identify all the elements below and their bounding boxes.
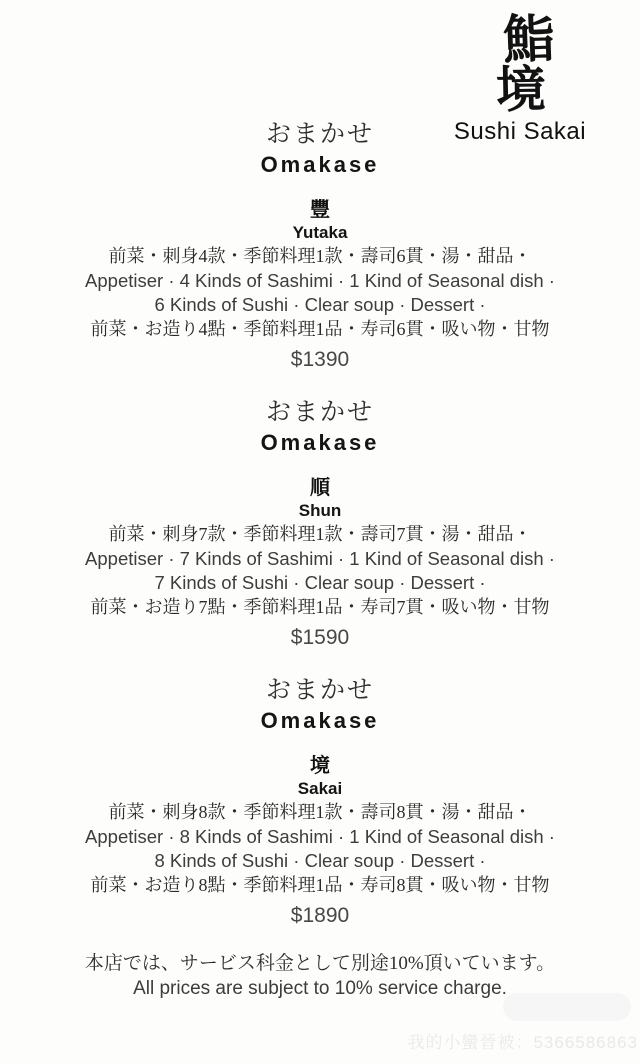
course-price: $1390: [0, 346, 640, 373]
logo-calligraphy: 鮨 境: [446, 16, 594, 114]
section-title-en: Omakase: [0, 430, 640, 456]
course-desc-japanese: 前菜・お造り7點・季節料理1品・寿司7貫・吸い物・甘物: [0, 595, 640, 620]
section-title-jp: おまかせ: [0, 674, 640, 708]
course-desc-chinese: 前菜・刺身8款・季節料理1款・壽司8貫・湯・甜品・: [0, 800, 640, 825]
course-section-shun: おまかせ Omakase 順 Shun 前菜・刺身7款・季節料理1款・壽司7貫・…: [0, 396, 640, 651]
course-desc-japanese: 前菜・お造り8點・季節料理1品・寿司8貫・吸い物・甘物: [0, 873, 640, 898]
section-title-jp: おまかせ: [0, 118, 640, 152]
course-kanji: 境: [0, 754, 640, 778]
course-kanji: 豐: [0, 198, 640, 222]
course-desc-japanese: 前菜・お造り4點・季節料理1品・寿司6貫・吸い物・甘物: [0, 317, 640, 342]
menu-page: 鮨 境 Sushi Sakai おまかせ Omakase 豐 Yutaka 前菜…: [0, 0, 640, 1064]
course-desc-english-1: Appetiser · 7 Kinds of Sashimi · 1 Kind …: [0, 547, 640, 571]
notice-japanese: 本店では、サービス科金として別途10%頂いています。: [0, 951, 640, 976]
course-desc-chinese: 前菜・刺身7款・季節料理1款・壽司7貫・湯・甜品・: [0, 522, 640, 547]
watermark-text: 我的小蠻晉被：5366586863: [388, 1028, 638, 1053]
course-kanji: 順: [0, 476, 640, 500]
logo-kanji-sushi: 鮨: [463, 14, 595, 68]
course-section-yutaka: おまかせ Omakase 豐 Yutaka 前菜・刺身4款・季節料理1款・壽司6…: [0, 118, 640, 373]
section-title-en: Omakase: [0, 152, 640, 178]
course-section-sakai: おまかせ Omakase 境 Sakai 前菜・刺身8款・季節料理1款・壽司8貫…: [0, 674, 640, 929]
watermark-pill: [503, 993, 631, 1021]
course-price: $1890: [0, 902, 640, 929]
course-romaji: Sakai: [0, 778, 640, 800]
logo-kanji-sakai: 境: [448, 65, 595, 116]
section-title-en: Omakase: [0, 708, 640, 734]
course-desc-english-1: Appetiser · 8 Kinds of Sashimi · 1 Kind …: [0, 825, 640, 849]
course-desc-english-2: 7 Kinds of Sushi · Clear soup · Dessert …: [0, 571, 640, 595]
course-desc-chinese: 前菜・刺身4款・季節料理1款・壽司6貫・湯・甜品・: [0, 244, 640, 269]
course-desc-english-2: 6 Kinds of Sushi · Clear soup · Dessert …: [0, 293, 640, 317]
course-romaji: Shun: [0, 500, 640, 522]
course-romaji: Yutaka: [0, 222, 640, 244]
course-desc-english-2: 8 Kinds of Sushi · Clear soup · Dessert …: [0, 849, 640, 873]
course-desc-english-1: Appetiser · 4 Kinds of Sashimi · 1 Kind …: [0, 269, 640, 293]
section-title-jp: おまかせ: [0, 396, 640, 430]
course-price: $1590: [0, 624, 640, 651]
